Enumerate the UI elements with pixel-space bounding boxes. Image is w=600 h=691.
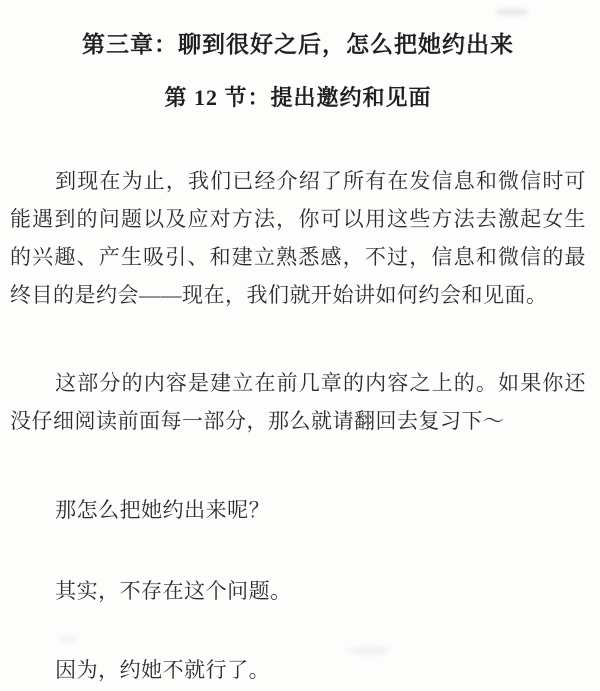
paragraph: 这部分的内容是建立在前几章的内容之上的。如果你还没仔细阅读前面每一部分，那么就请… (10, 364, 586, 440)
section-title: 第 12 节：提出邀约和见面 (10, 81, 586, 112)
document-page: 第三章：聊到很好之后，怎么把她约出来 第 12 节：提出邀约和见面 到现在为止，… (0, 0, 600, 691)
paragraph: 其实，不存在这个问题。 (10, 572, 586, 610)
paragraph: 因为，约她不就行了。 (10, 651, 586, 689)
paragraph: 那怎么把她约出来呢？ (10, 491, 586, 529)
chapter-title: 第三章：聊到很好之后，怎么把她约出来 (10, 26, 586, 59)
paragraph: 到现在为止，我们已经介绍了所有在发信息和微信时可能遇到的问题以及应对方法，你可以… (10, 162, 586, 314)
